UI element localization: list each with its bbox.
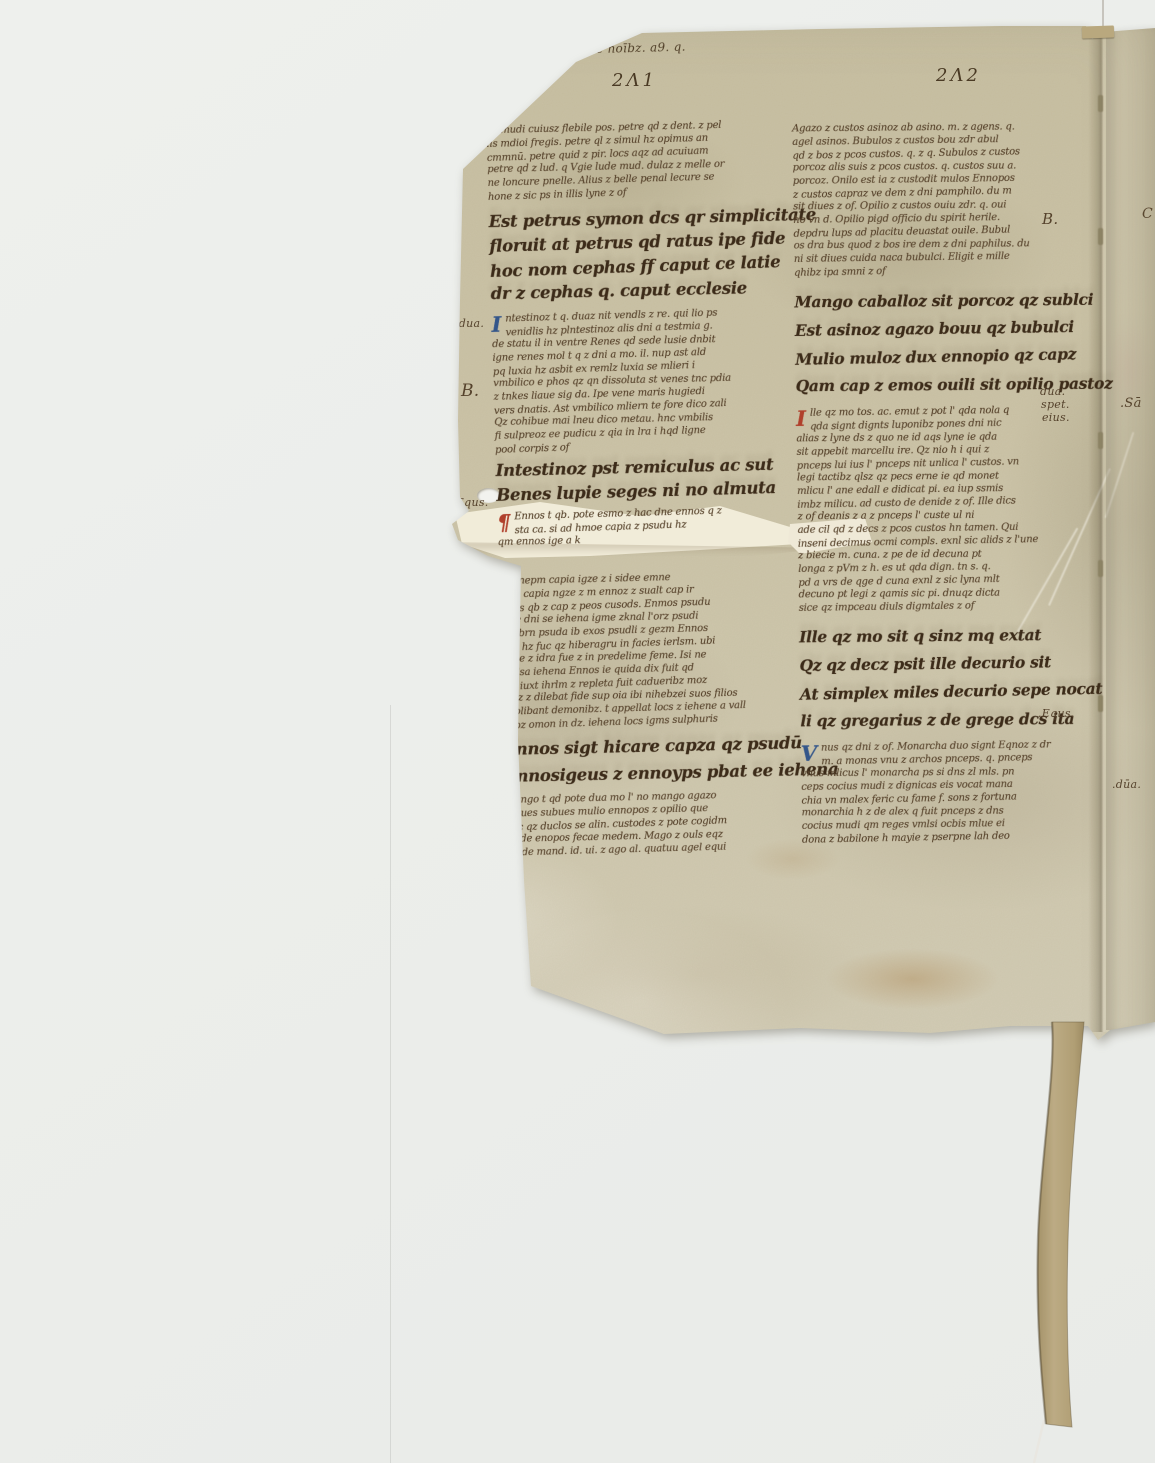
edge-shading (0, 0, 1155, 1463)
parchment-leaf: de noībz. a9. q. 2Λ1 2Λ2 qz mudi cuiusz … (0, 0, 1155, 1463)
binding-tab (1082, 25, 1114, 38)
binding-ribbon (1010, 1012, 1155, 1463)
ribbon-thread (1034, 1420, 1044, 1463)
parchment-leaf-wrap: de noībz. a9. q. 2Λ1 2Λ2 qz mudi cuiusz … (0, 0, 1155, 1463)
manuscript-scan: de noībz. a9. q. 2Λ1 2Λ2 qz mudi cuiusz … (0, 0, 1155, 1463)
